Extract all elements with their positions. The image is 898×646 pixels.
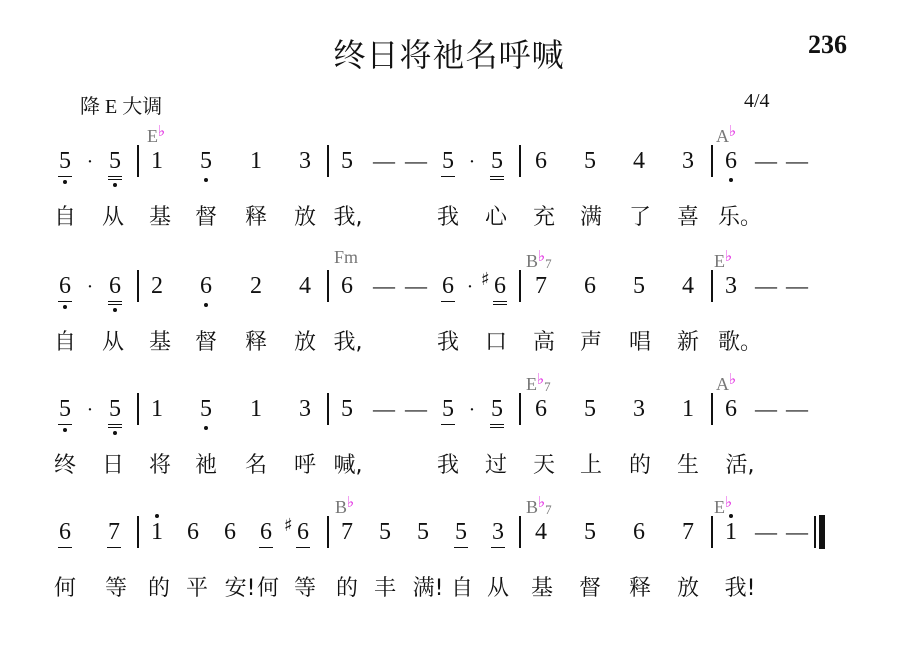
barline	[519, 516, 521, 548]
augmentation-dot: ·	[87, 274, 94, 299]
barline	[327, 516, 329, 548]
note: 4	[299, 274, 311, 298]
lyric-syllable: 释	[245, 325, 267, 356]
lyric-syllable: 歌。	[718, 325, 762, 356]
augmentation-dot: ·	[469, 397, 476, 422]
note: 1	[250, 149, 262, 173]
note: 2	[151, 274, 163, 298]
note: 3	[725, 274, 737, 298]
note: 6	[633, 520, 645, 544]
barline	[137, 145, 139, 177]
lyric-syllable: 喜	[677, 200, 699, 231]
flat-icon: ♭	[725, 495, 732, 511]
lyric-syllable: 喊,	[334, 448, 363, 479]
note: 5	[109, 149, 121, 173]
score-system-3: 5·515135——5·565316——E♭7A♭终日将祂名呼喊,我过天上的生活…	[0, 393, 898, 513]
lyric-syllable: 生	[677, 448, 699, 479]
note: 7	[535, 274, 547, 298]
note: 1	[151, 520, 163, 544]
lyric-syllable: 放	[294, 325, 316, 356]
sustain-dash: —	[755, 520, 777, 544]
note: 5	[341, 397, 353, 421]
note: 3	[682, 149, 694, 173]
barline	[711, 145, 713, 177]
lyric-syllable: 乐。	[718, 200, 762, 231]
lyric-syllable: 丰	[374, 571, 396, 602]
note: 6	[187, 520, 199, 544]
lyric-syllable: 督	[195, 200, 217, 231]
chord-symbol: B♭7	[526, 494, 552, 519]
page-number: 236	[808, 30, 847, 60]
sustain-dash: —	[786, 520, 808, 544]
note: 6	[535, 149, 547, 173]
note: 1	[682, 397, 694, 421]
lyric-syllable: 祂	[195, 448, 217, 479]
note: 5	[109, 397, 121, 421]
barline	[711, 393, 713, 425]
lyric-syllable: 自	[54, 325, 76, 356]
lyric-syllable: 呼	[294, 448, 316, 479]
time-signature: 4/4	[744, 90, 770, 113]
lyric-syllable: 将	[149, 448, 171, 479]
lyric-syllable: 口	[485, 325, 507, 356]
note: 5	[584, 397, 596, 421]
note: 6	[341, 274, 353, 298]
flat-icon: ♭	[347, 495, 354, 511]
key-signature: 降 E 大调	[80, 90, 162, 119]
lyric-syllable: 督	[579, 571, 601, 602]
lyric-syllable: 天	[533, 448, 555, 479]
lyric-syllable: 新	[677, 325, 699, 356]
lyric-syllable: 释	[245, 200, 267, 231]
lyric-syllable: 日	[102, 448, 124, 479]
barline	[137, 393, 139, 425]
lyric-syllable: 等	[105, 571, 127, 602]
sharp-icon: ♯	[481, 268, 490, 292]
barline	[327, 145, 329, 177]
lyric-syllable: 等	[294, 571, 316, 602]
lyric-syllable: 活,	[726, 448, 755, 479]
flat-icon: ♭	[729, 372, 736, 388]
note: 5	[442, 397, 454, 421]
lyric-syllable: 安!	[225, 571, 256, 602]
lyric-syllable: 上	[580, 448, 602, 479]
note: 7	[108, 520, 120, 544]
lyric-syllable: 平	[186, 571, 208, 602]
lyric-syllable: 释	[629, 571, 651, 602]
note: 5	[442, 149, 454, 173]
lyric-syllable: 自	[451, 571, 473, 602]
barline	[137, 270, 139, 302]
sustain-dash: —	[405, 149, 427, 173]
note: 3	[492, 520, 504, 544]
barline	[327, 270, 329, 302]
lyric-syllable: 基	[149, 200, 171, 231]
augmentation-dot: ·	[87, 397, 94, 422]
barline	[519, 270, 521, 302]
note: 6	[584, 274, 596, 298]
note: 5	[584, 520, 596, 544]
note: 5	[417, 520, 429, 544]
lyric-syllable: 自	[54, 200, 76, 231]
sustain-dash: —	[755, 397, 777, 421]
lyric-syllable: 了	[629, 200, 651, 231]
sustain-dash: —	[786, 397, 808, 421]
lyric-syllable: 名	[245, 448, 267, 479]
lyric-syllable: 我	[437, 200, 459, 231]
chord-symbol: E♭7	[526, 371, 551, 396]
sustain-dash: —	[373, 149, 395, 173]
lyric-syllable: 过	[485, 448, 507, 479]
note: 6	[200, 274, 212, 298]
note: 1	[250, 397, 262, 421]
barline	[519, 393, 521, 425]
lyric-syllable: 心	[485, 200, 507, 231]
chord-symbol: B♭7	[526, 248, 552, 273]
score-system-2: 6·626246——6·6♯76543——FmB♭7E♭自从基督释放我,我口高声…	[0, 270, 898, 390]
sustain-dash: —	[405, 274, 427, 298]
chord-symbol: A♭	[716, 123, 736, 145]
lyric-syllable: 声	[580, 325, 602, 356]
lyric-syllable: 我,	[334, 200, 363, 231]
lyric-syllable: 的	[336, 571, 358, 602]
note: 6♯	[494, 274, 506, 298]
lyric-syllable: 何	[54, 571, 76, 602]
final-barline	[819, 515, 825, 549]
note: 6	[224, 520, 236, 544]
note: 6	[59, 274, 71, 298]
note: 6	[260, 520, 272, 544]
barline	[137, 516, 139, 548]
lyric-syllable: 我,	[334, 325, 363, 356]
lyric-syllable: 唱	[629, 325, 651, 356]
lyric-syllable: 督	[195, 325, 217, 356]
augmentation-dot: ·	[469, 149, 476, 174]
lyric-syllable: 放	[677, 571, 699, 602]
sustain-dash: —	[373, 397, 395, 421]
sustain-dash: —	[373, 274, 395, 298]
chord-symbol: E♭	[714, 248, 732, 270]
note: 7	[341, 520, 353, 544]
note: 5	[584, 149, 596, 173]
augmentation-dot: ·	[87, 149, 94, 174]
lyric-syllable: 满	[580, 200, 602, 231]
lyric-syllable: 从	[487, 571, 509, 602]
flat-icon: ♭	[729, 124, 736, 140]
note: 5	[200, 149, 212, 173]
note: 1	[151, 397, 163, 421]
note: 5	[341, 149, 353, 173]
barline	[711, 516, 713, 548]
note: 3	[299, 149, 311, 173]
barline	[814, 516, 816, 548]
flat-icon: ♭	[158, 124, 165, 140]
note: 2	[250, 274, 262, 298]
augmentation-dot: ·	[467, 274, 474, 299]
note: 6♯	[297, 520, 309, 544]
note: 7	[682, 520, 694, 544]
barline	[711, 270, 713, 302]
sustain-dash: —	[786, 149, 808, 173]
note: 3	[299, 397, 311, 421]
lyric-syllable: 何	[257, 571, 279, 602]
lyric-syllable: 的	[148, 571, 170, 602]
note: 1	[151, 149, 163, 173]
flat-icon: ♭	[725, 249, 732, 265]
lyric-syllable: 基	[531, 571, 553, 602]
note: 6	[725, 149, 737, 173]
note: 6	[535, 397, 547, 421]
note: 5	[59, 397, 71, 421]
sustain-dash: —	[755, 149, 777, 173]
sustain-dash: —	[405, 397, 427, 421]
note: 5	[59, 149, 71, 173]
note: 5	[455, 520, 467, 544]
barline	[519, 145, 521, 177]
note: 5	[491, 149, 503, 173]
note: 6	[109, 274, 121, 298]
chord-symbol: B♭	[335, 494, 354, 516]
note: 1	[725, 520, 737, 544]
lyric-syllable: 终	[54, 448, 76, 479]
score-system-4: 6716666♯7555345671——B♭B♭7E♭何等的平安!何等的丰满!自…	[0, 516, 898, 636]
lyric-syllable: 满!	[413, 571, 444, 602]
lyric-syllable: 充	[533, 200, 555, 231]
note: 5	[633, 274, 645, 298]
chord-symbol: A♭	[716, 371, 736, 393]
barline	[327, 393, 329, 425]
sustain-dash: —	[786, 274, 808, 298]
score-system-1: 5·515135——5·565436——E♭A♭自从基督释放我,我心充满了喜乐。	[0, 145, 898, 265]
lyric-syllable: 从	[102, 200, 124, 231]
note: 4	[633, 149, 645, 173]
note: 6	[59, 520, 71, 544]
note: 5	[379, 520, 391, 544]
lyric-syllable: 放	[294, 200, 316, 231]
note: 6	[725, 397, 737, 421]
note: 4	[535, 520, 547, 544]
note: 5	[491, 397, 503, 421]
sharp-icon: ♯	[284, 514, 293, 538]
note: 6	[442, 274, 454, 298]
chord-symbol: E♭	[714, 494, 732, 516]
lyric-syllable: 我	[437, 325, 459, 356]
sustain-dash: —	[755, 274, 777, 298]
note: 3	[633, 397, 645, 421]
song-title: 终日将祂名呼喊	[0, 30, 898, 76]
lyric-syllable: 基	[149, 325, 171, 356]
note: 5	[200, 397, 212, 421]
lyric-syllable: 我!	[725, 571, 756, 602]
lyric-syllable: 我	[437, 448, 459, 479]
chord-symbol: E♭	[147, 123, 165, 145]
lyric-syllable: 从	[102, 325, 124, 356]
chord-symbol: Fm	[334, 248, 358, 266]
lyric-syllable: 高	[533, 325, 555, 356]
lyric-syllable: 的	[629, 448, 651, 479]
note: 4	[682, 274, 694, 298]
